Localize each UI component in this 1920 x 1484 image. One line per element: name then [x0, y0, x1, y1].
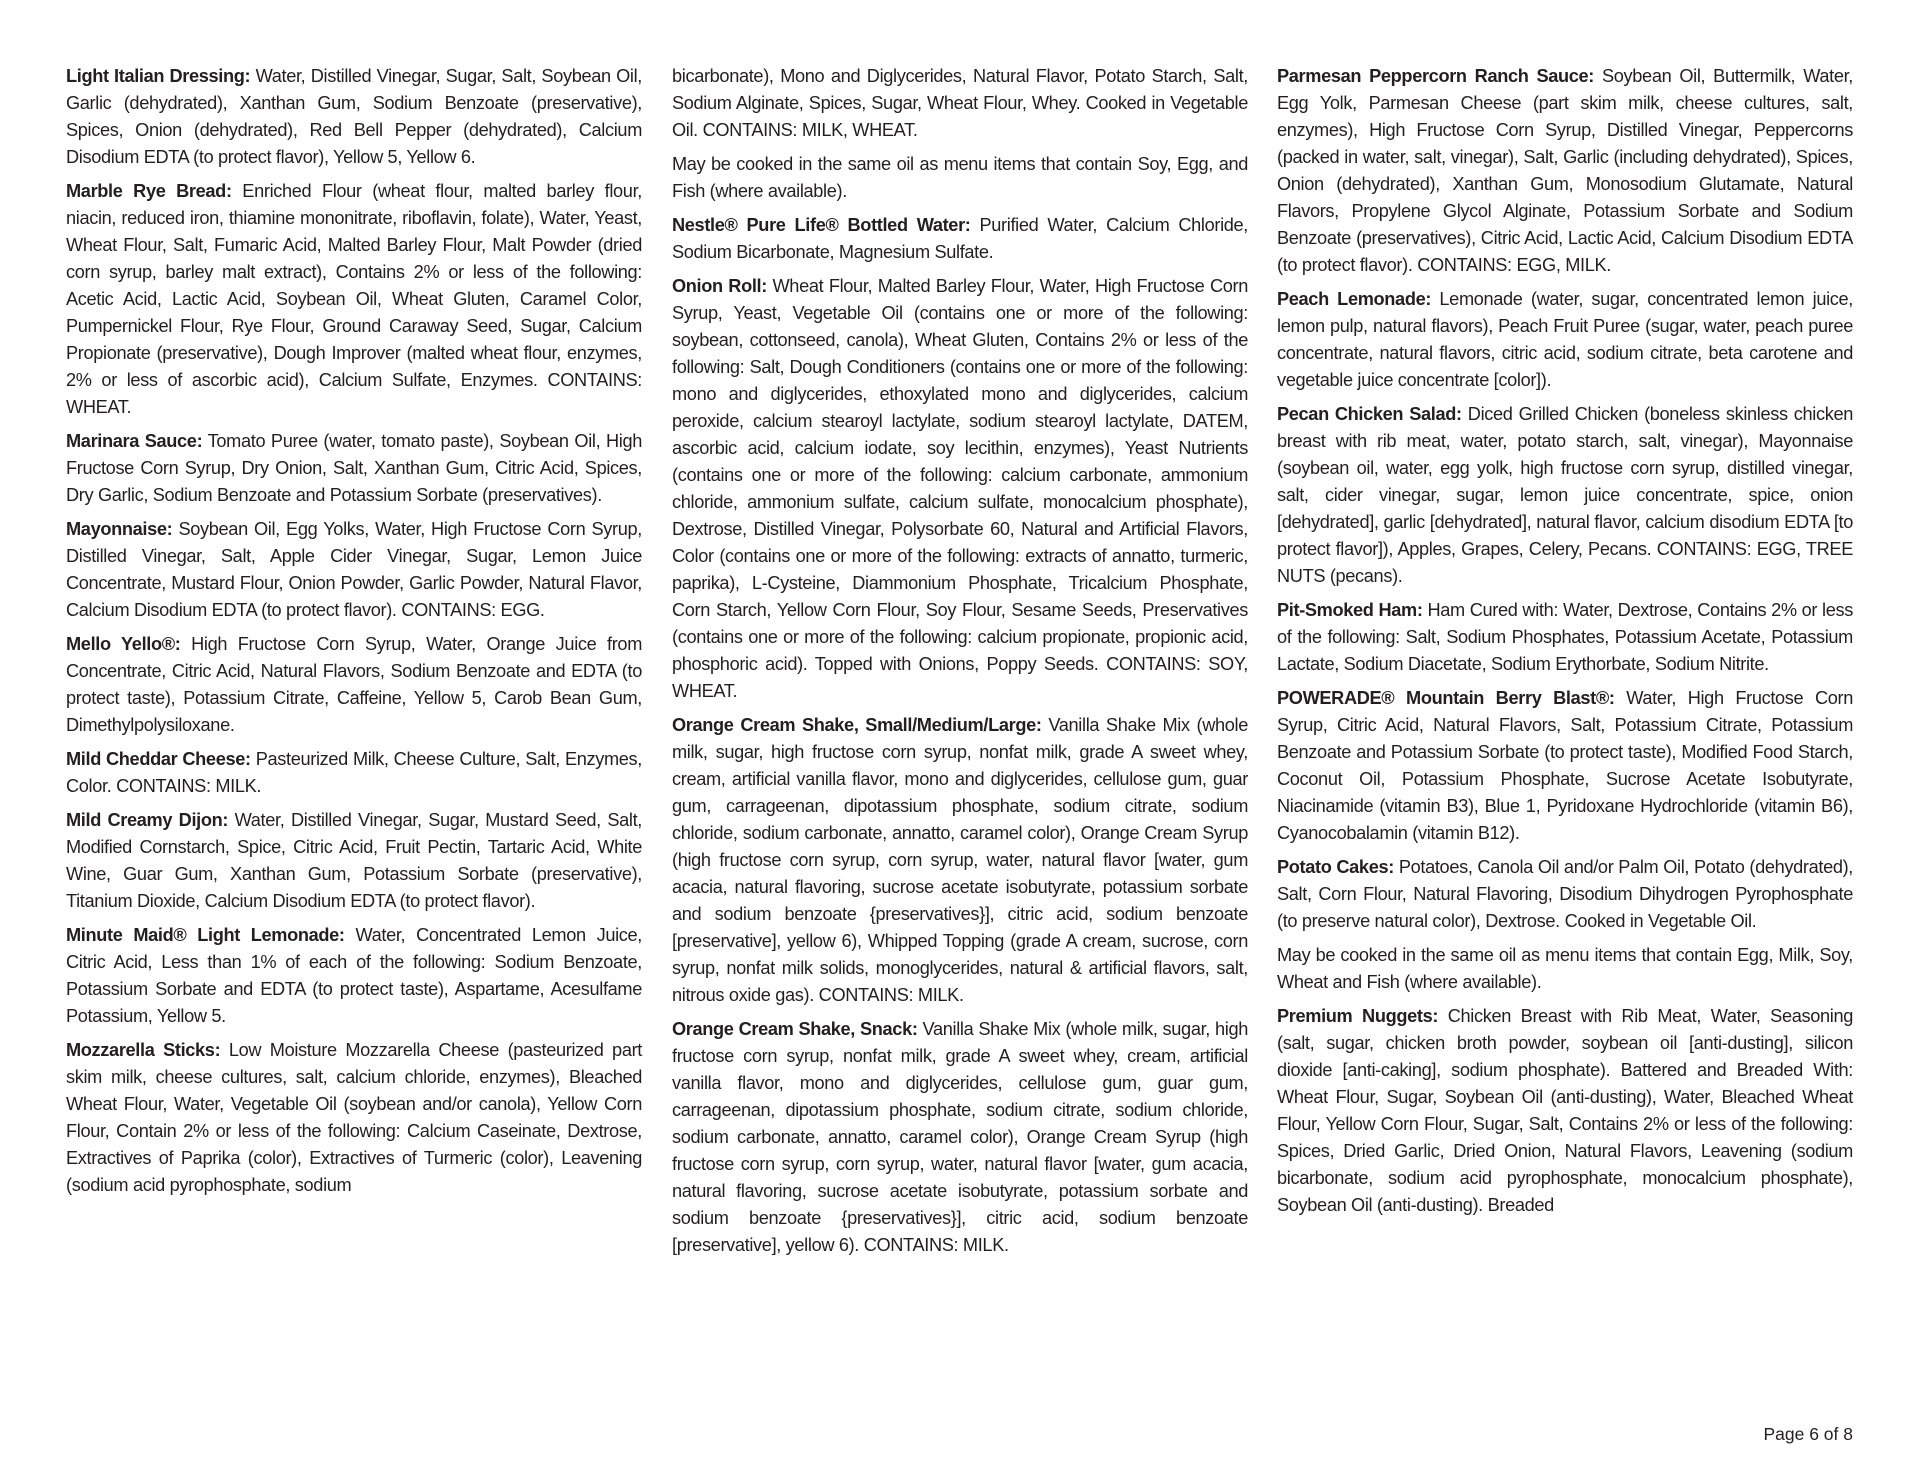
ingredient-entry: Peach Lemonade: Lemonade (water, sugar, …: [1277, 286, 1853, 394]
item-name: Mello Yello®:: [66, 634, 181, 654]
item-name: Nestle® Pure Life® Bottled Water:: [672, 215, 971, 235]
ingredient-entry: Mello Yello®: High Fructose Corn Syrup, …: [66, 631, 642, 739]
item-name: POWERADE® Mountain Berry Blast®:: [1277, 688, 1615, 708]
item-name: Light Italian Dressing:: [66, 66, 250, 86]
ingredient-entry: May be cooked in the same oil as menu it…: [672, 151, 1248, 205]
item-name: Orange Cream Shake, Snack:: [672, 1019, 918, 1039]
ingredient-entry: Mild Cheddar Cheese: Pasteurized Milk, C…: [66, 746, 642, 800]
ingredient-entry: Onion Roll: Wheat Flour, Malted Barley F…: [672, 273, 1248, 705]
ingredient-text: Vanilla Shake Mix (whole milk, sugar, hi…: [672, 1019, 1248, 1255]
item-name: Mozzarella Sticks:: [66, 1040, 220, 1060]
ingredient-text: Vanilla Shake Mix (whole milk, sugar, hi…: [672, 715, 1248, 1005]
document-page: Light Italian Dressing: Water, Distilled…: [0, 0, 1920, 1484]
ingredient-entry: Potato Cakes: Potatoes, Canola Oil and/o…: [1277, 854, 1853, 935]
item-name: Peach Lemonade:: [1277, 289, 1431, 309]
ingredient-text: May be cooked in the same oil as menu it…: [1277, 945, 1853, 992]
ingredient-text: Soybean Oil, Buttermilk, Water, Egg Yolk…: [1277, 66, 1853, 275]
column-2: bicarbonate), Mono and Diglycerides, Nat…: [672, 63, 1248, 1266]
ingredient-entry: Marble Rye Bread: Enriched Flour (wheat …: [66, 178, 642, 421]
ingredient-text: Wheat Flour, Malted Barley Flour, Water,…: [672, 276, 1248, 701]
ingredient-entry: Nestle® Pure Life® Bottled Water: Purifi…: [672, 212, 1248, 266]
ingredient-entry: Orange Cream Shake, Snack: Vanilla Shake…: [672, 1016, 1248, 1259]
item-name: Marble Rye Bread:: [66, 181, 232, 201]
ingredient-entry: May be cooked in the same oil as menu it…: [1277, 942, 1853, 996]
ingredient-entry: bicarbonate), Mono and Diglycerides, Nat…: [672, 63, 1248, 144]
ingredient-entry: Mild Creamy Dijon: Water, Distilled Vine…: [66, 807, 642, 915]
ingredient-text: May be cooked in the same oil as menu it…: [672, 154, 1248, 201]
column-1: Light Italian Dressing: Water, Distilled…: [66, 63, 642, 1206]
ingredient-entry: Pecan Chicken Salad: Diced Grilled Chick…: [1277, 401, 1853, 590]
item-name: Potato Cakes:: [1277, 857, 1394, 877]
page-number: Page 6 of 8: [1763, 1423, 1853, 1445]
column-3: Parmesan Peppercorn Ranch Sauce: Soybean…: [1277, 63, 1853, 1226]
ingredient-entry: Light Italian Dressing: Water, Distilled…: [66, 63, 642, 171]
item-name: Orange Cream Shake, Small/Medium/Large:: [672, 715, 1042, 735]
ingredient-entry: Marinara Sauce: Tomato Puree (water, tom…: [66, 428, 642, 509]
item-name: Premium Nuggets:: [1277, 1006, 1438, 1026]
item-name: Mild Creamy Dijon:: [66, 810, 228, 830]
ingredient-entry: Pit-Smoked Ham: Ham Cured with: Water, D…: [1277, 597, 1853, 678]
ingredient-text: Low Moisture Mozzarella Cheese (pasteuri…: [66, 1040, 642, 1195]
ingredient-text: Enriched Flour (wheat flour, malted barl…: [66, 181, 642, 417]
ingredient-entry: POWERADE® Mountain Berry Blast®: Water, …: [1277, 685, 1853, 847]
ingredient-text: bicarbonate), Mono and Diglycerides, Nat…: [672, 66, 1248, 140]
ingredient-entry: Mozzarella Sticks: Low Moisture Mozzarel…: [66, 1037, 642, 1199]
item-name: Mild Cheddar Cheese:: [66, 749, 251, 769]
item-name: Marinara Sauce:: [66, 431, 202, 451]
ingredient-text: Diced Grilled Chicken (boneless skinless…: [1277, 404, 1853, 586]
ingredient-entry: Premium Nuggets: Chicken Breast with Rib…: [1277, 1003, 1853, 1219]
item-name: Parmesan Peppercorn Ranch Sauce:: [1277, 66, 1594, 86]
item-name: Pecan Chicken Salad:: [1277, 404, 1462, 424]
ingredient-entry: Orange Cream Shake, Small/Medium/Large: …: [672, 712, 1248, 1009]
item-name: Mayonnaise:: [66, 519, 172, 539]
ingredient-text: Chicken Breast with Rib Meat, Water, Sea…: [1277, 1006, 1853, 1215]
item-name: Onion Roll:: [672, 276, 767, 296]
item-name: Pit-Smoked Ham:: [1277, 600, 1423, 620]
ingredient-entry: Mayonnaise: Soybean Oil, Egg Yolks, Wate…: [66, 516, 642, 624]
item-name: Minute Maid® Light Lemonade:: [66, 925, 345, 945]
ingredient-entry: Minute Maid® Light Lemonade: Water, Conc…: [66, 922, 642, 1030]
ingredient-entry: Parmesan Peppercorn Ranch Sauce: Soybean…: [1277, 63, 1853, 279]
ingredient-text: Water, High Fructose Corn Syrup, Citric …: [1277, 688, 1853, 843]
